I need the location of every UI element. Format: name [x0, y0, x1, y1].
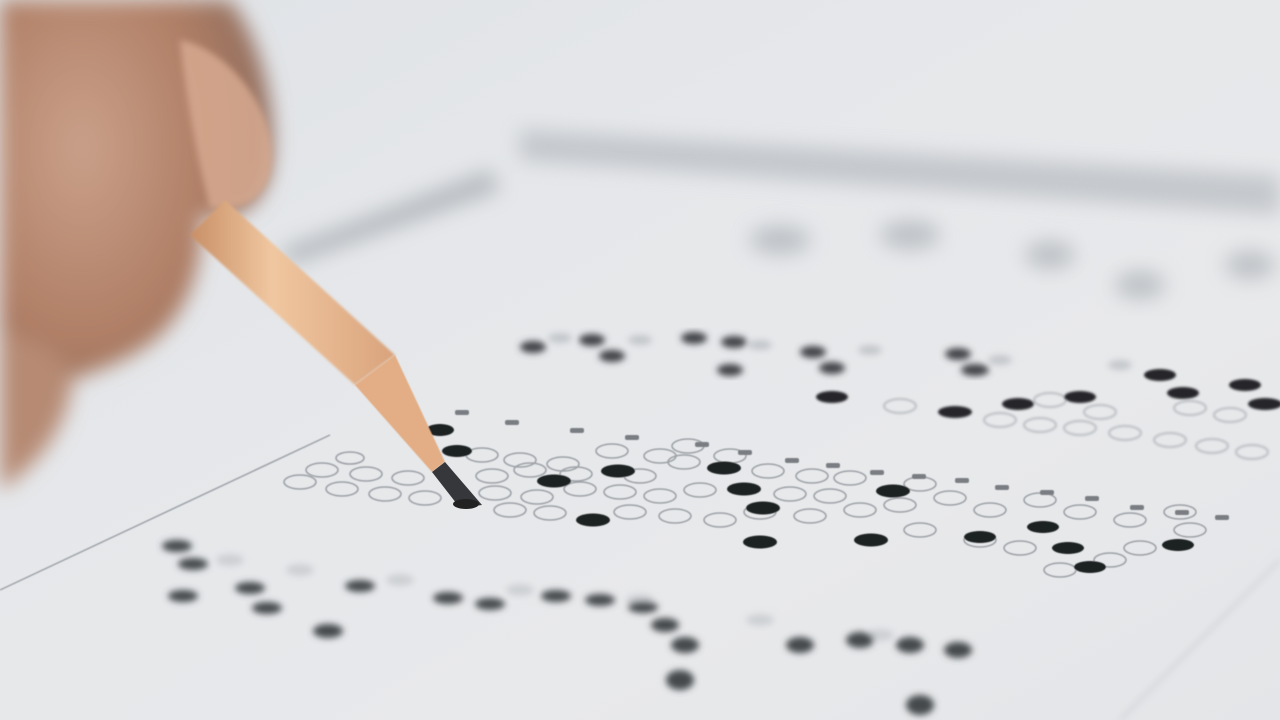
photo-scene: Hand filling answer sheet bubbles with a… — [0, 0, 1280, 720]
pencil-mark — [453, 499, 479, 509]
photo-illustration — [0, 0, 1280, 720]
